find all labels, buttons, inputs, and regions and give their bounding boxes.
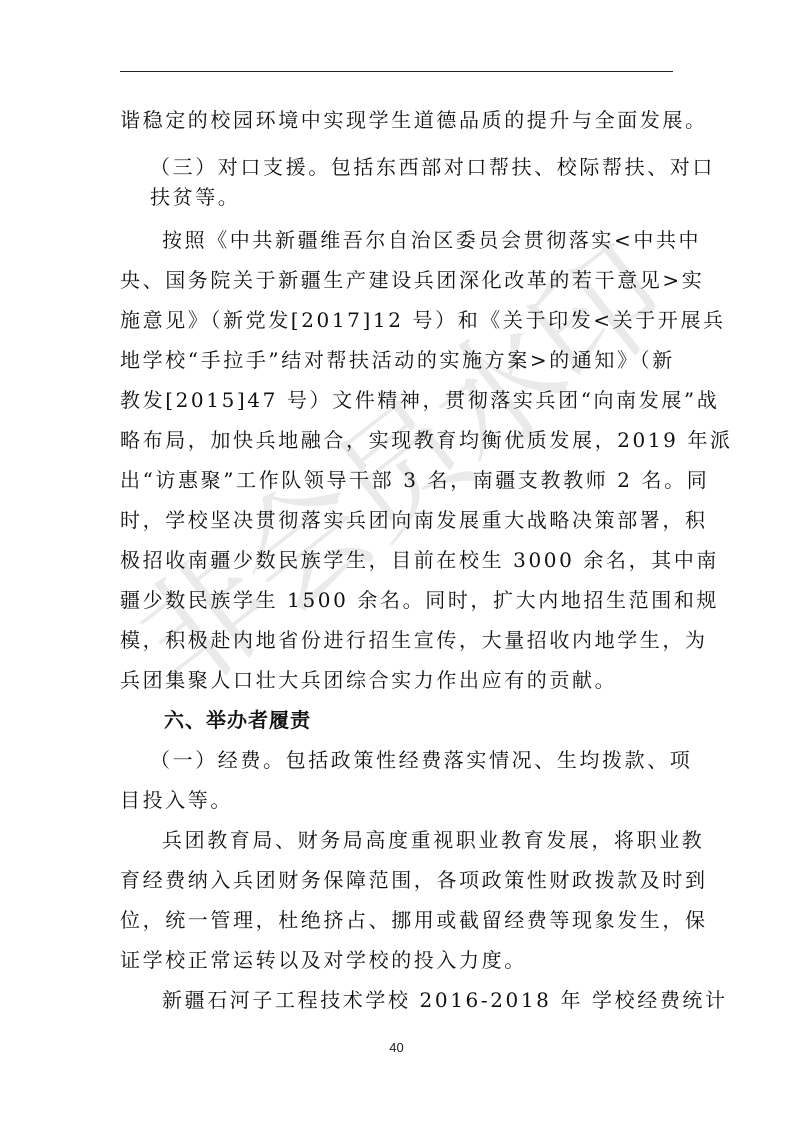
subheading-counterpart-support: （三）对口支援。包括东西部对口帮扶、校际帮扶、对口 — [120, 152, 673, 182]
text-line: 地学校“手拉手”结对帮扶活动的实施方案>的通知》（新 — [120, 340, 673, 380]
page-body: 谐稳定的校园环境中实现学生道德品质的提升与全面发展。 （三）对口支援。包括东西部… — [120, 100, 673, 1020]
header-rule — [120, 71, 673, 72]
text-line: 疆少数民族学生 1500 余名。同时，扩大内地招生范围和规 — [120, 580, 673, 620]
text-line: 模，积极赴内地省份进行招生宣传，大量招收内地学生，为 — [120, 620, 673, 660]
text-line: 时，学校坚决贯彻落实兵团向南发展重大战略决策部署，积 — [120, 500, 673, 540]
continuation-text: 谐稳定的校园环境中实现学生道德品质的提升与全面发展。 — [120, 100, 673, 140]
text-line: 极招收南疆少数民族学生，目前在校生 3000 余名，其中南 — [120, 540, 673, 580]
text-line: 位，统一管理，杜绝挤占、挪用或截留经费等现象发生，保 — [120, 900, 673, 940]
subheading-counterpart-support-cont: 扶贫等。 — [120, 182, 673, 212]
section-heading-sponsor-duties: 六、举办者履责 — [120, 700, 673, 740]
text-line: 育经费纳入兵团财务保障范围，各项政策性财政拨款及时到 — [120, 860, 673, 900]
text-line: 略布局，加快兵地融合，实现教育均衡优质发展，2019 年派 — [120, 420, 673, 460]
text-line: 按照《中共新疆维吾尔自治区委员会贯彻落实<中共中 — [120, 220, 673, 260]
text-line: 证学校正常运转以及对学校的投入力度。 — [120, 940, 673, 980]
subheading-funding-cont: 目投入等。 — [120, 780, 673, 820]
text-line: 兵团教育局、财务局高度重视职业教育发展，将职业教 — [120, 820, 673, 860]
page-number: 40 — [0, 1040, 793, 1055]
text-line: 央、国务院关于新疆生产建设兵团深化改革的若干意见>实 — [120, 260, 673, 300]
text-line: 出“访惠聚”工作队领导干部 3 名，南疆支教教师 2 名。同 — [120, 460, 673, 500]
paragraph-funding-statistics-intro: 新疆石河子工程技术学校 2016-2018 年 学校经费统计 — [120, 980, 673, 1020]
text-line: 教发[2015]47 号）文件精神，贯彻落实兵团“向南发展”战 — [120, 380, 673, 420]
subheading-funding: （一）经费。包括政策性经费落实情况、生均拨款、项 — [120, 740, 673, 780]
paragraph-funding-guarantee: 兵团教育局、财务局高度重视职业教育发展，将职业教 育经费纳入兵团财务保障范围，各… — [120, 820, 673, 980]
paragraph-policy-implementation: 按照《中共新疆维吾尔自治区委员会贯彻落实<中共中 央、国务院关于新疆生产建设兵团… — [120, 220, 673, 700]
text-line: 施意见》（新党发[2017]12 号）和《关于印发<关于开展兵 — [120, 300, 673, 340]
text-line: 兵团集聚人口壮大兵团综合实力作出应有的贡献。 — [120, 660, 673, 700]
